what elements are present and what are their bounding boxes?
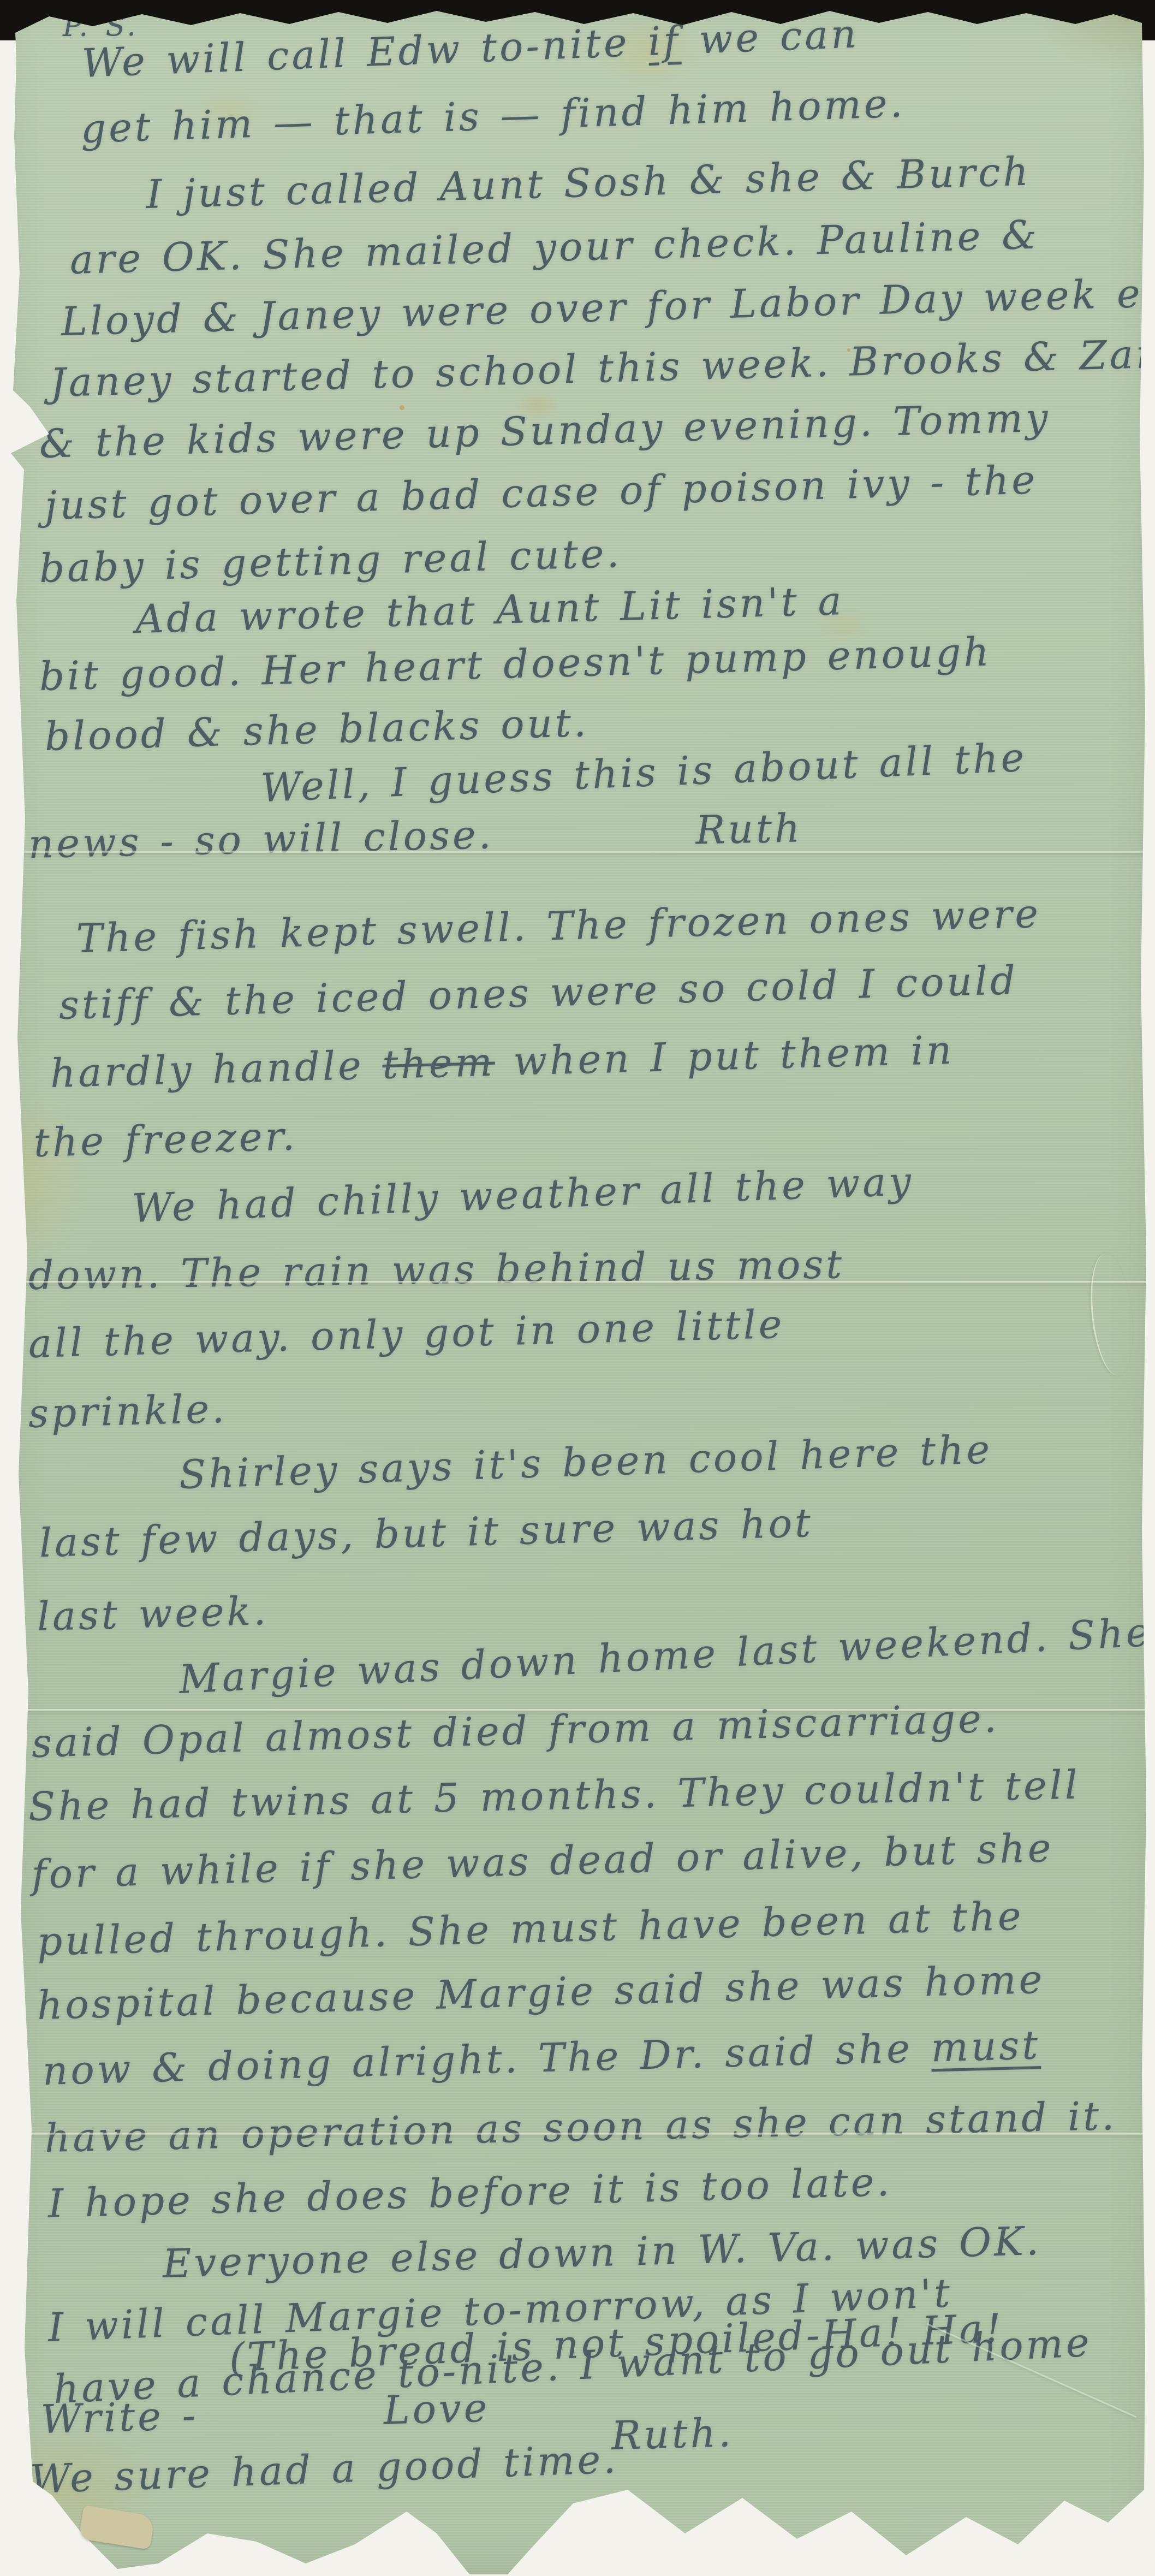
letter-text: Margie was down home last weekend. She xyxy=(178,1609,1153,1702)
underlined-word: if xyxy=(647,17,682,64)
letter-text: just got over a bad case of poison ivy -… xyxy=(44,456,1038,529)
letter-text: Lloyd & Janey were over for Labor Day we… xyxy=(61,269,1155,345)
letter-line: down. The rain was behind us most xyxy=(28,1242,844,1298)
letter-line: blood & she blacks out. xyxy=(44,700,590,759)
letter-line: now & doing alright. The Dr. said she mu… xyxy=(42,2022,1041,2094)
letter-line: We sure had a good time. xyxy=(29,2436,620,2502)
letter-line: news - so will close.Ruth xyxy=(28,805,803,866)
letter-line: baby is getting real cute. xyxy=(39,531,622,591)
letter-text: news - so will close. xyxy=(28,811,494,867)
letter-text: last few days, but it sure was hot xyxy=(39,1500,814,1566)
letter-paper: P. S. We will call Edw to-nite if we can… xyxy=(0,0,1155,2576)
paper-stain xyxy=(400,405,404,410)
letter-text: pulled through. She must have been at th… xyxy=(37,1893,1025,1964)
letter-text: & the kids were up Sunday evening. Tommy xyxy=(39,395,1051,467)
letter-line: are OK. She mailed your check. Pauline & xyxy=(69,212,1040,283)
letter-line: I hope she does before it is too late. xyxy=(47,2159,892,2227)
letter-text: down. The rain was behind us most xyxy=(28,1241,844,1298)
letter-text: I just called Aunt Sosh & she & Burch xyxy=(146,149,1032,217)
letter-line: Margie was down home last weekend. She xyxy=(178,1610,1153,1702)
letter-text: the freezer. xyxy=(33,1113,298,1166)
emboss-mark xyxy=(1085,1251,1138,1378)
letter-text: have an operation as soon as she can sta… xyxy=(44,2093,1117,2161)
signature: Ruth xyxy=(695,805,803,853)
letter-line: all the way. only got in one little xyxy=(28,1302,785,1367)
fold-crease xyxy=(0,851,1155,853)
letter-line: & the kids were up Sunday evening. Tommy xyxy=(39,395,1051,467)
letter-line: Shirley says it's been cool here the xyxy=(178,1427,993,1498)
letter-text: hardly handle xyxy=(50,1042,383,1096)
letter-text: last week. xyxy=(37,1588,269,1640)
letter-text: We had chilly weather all the way xyxy=(132,1158,915,1231)
letter-line: The fish kept swell. The frozen ones wer… xyxy=(76,891,1041,961)
letter-line: last week. xyxy=(37,1588,269,1640)
letter-line: Lloyd & Janey were over for Labor Day we… xyxy=(61,269,1155,345)
letter-text: for a while if she was dead or alive, bu… xyxy=(31,1825,1054,1897)
letter-line: the freezer. xyxy=(33,1113,298,1165)
letter-line: hardly handle them when I put them in xyxy=(50,1028,955,1096)
letter-text: Ada wrote that Aunt Lit isn't a xyxy=(135,578,845,642)
letter-text: sprinkle. xyxy=(28,1385,228,1437)
fold-crease xyxy=(0,2133,1155,2135)
letter-text: baby is getting real cute. xyxy=(39,530,622,591)
underlined-word: must xyxy=(931,2022,1041,2070)
letter-text: She had twins at 5 months. They couldn't… xyxy=(28,1762,1080,1830)
letter-text: I hope she does before it is too late. xyxy=(47,2159,892,2227)
letter-line: She had twins at 5 months. They couldn't… xyxy=(28,1762,1080,1830)
letter-line: We had chilly weather all the way xyxy=(132,1159,915,1231)
letter-line: sprinkle. xyxy=(28,1386,228,1436)
paper-stain xyxy=(847,348,850,352)
letter-text: stiff & the iced ones were so cold I cou… xyxy=(58,957,1019,1028)
letter-line: stiff & the iced ones were so cold I cou… xyxy=(58,958,1019,1028)
letter-text: The fish kept swell. The frozen ones wer… xyxy=(76,891,1041,961)
letter-text: We will call Edw to-nite xyxy=(81,19,648,86)
closing: Love xyxy=(383,2384,491,2433)
letter-text: when I put them in xyxy=(494,1027,955,1085)
letter-text: said Opal almost died from a miscarriage… xyxy=(31,1695,1000,1766)
signature: Ruth. xyxy=(611,2409,734,2459)
letter-line: for a while if she was dead or alive, bu… xyxy=(31,1825,1054,1897)
letter-line: hospital because Margie said she was hom… xyxy=(37,1957,1045,2028)
struck-word: them xyxy=(382,1039,495,1088)
letter-text: Write - xyxy=(40,2392,199,2442)
letter-text: get him — that is — find him home. xyxy=(80,80,906,152)
letter-line: Janey started to school this week. Brook… xyxy=(50,330,1155,405)
letter-line: said Opal almost died from a miscarriage… xyxy=(31,1696,1000,1766)
letter-text: hospital because Margie said she was hom… xyxy=(37,1956,1045,2028)
letter-text: blood & she blacks out. xyxy=(44,699,590,759)
letter-text: now & doing alright. The Dr. said she xyxy=(42,2025,932,2094)
letter-text: We sure had a good time. xyxy=(29,2436,620,2502)
letter-text: are OK. She mailed your check. Pauline & xyxy=(69,212,1040,283)
letter-text: Janey started to school this week. Brook… xyxy=(50,330,1155,406)
letter-line: I just called Aunt Sosh & she & Burch xyxy=(146,149,1032,217)
letter-line: last few days, but it sure was hot xyxy=(39,1500,814,1566)
scanned-letter: P. S. We will call Edw to-nite if we can… xyxy=(0,0,1155,2576)
letter-line: have an operation as soon as she can sta… xyxy=(44,2093,1117,2161)
fold-crease xyxy=(0,1281,1155,1283)
letter-line: Ada wrote that Aunt Lit isn't a xyxy=(135,578,845,642)
letter-line: just got over a bad case of poison ivy -… xyxy=(44,457,1038,528)
letter-line: get him — that is — find him home. xyxy=(80,81,906,152)
letter-line: pulled through. She must have been at th… xyxy=(37,1894,1025,1964)
letter-text: all the way. only got in one little xyxy=(28,1301,785,1367)
letter-text: Shirley says it's been cool here the xyxy=(178,1426,993,1498)
letter-line: Ruth. xyxy=(611,2410,734,2459)
